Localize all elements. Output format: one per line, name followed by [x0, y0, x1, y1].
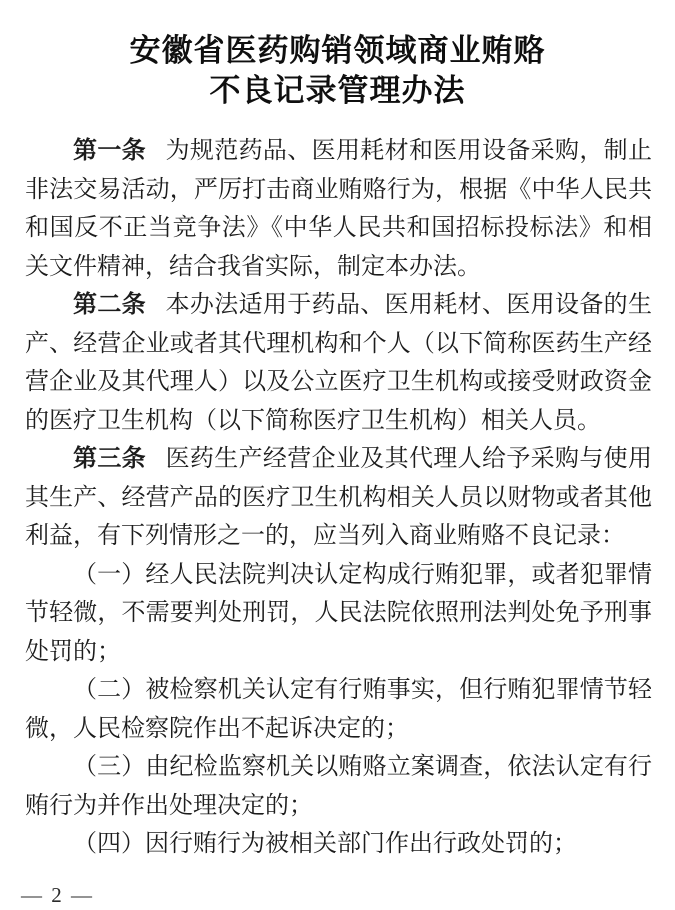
- document-title-line-2: 不良记录管理办法: [0, 71, 675, 111]
- clause-item-2-text: （二）被检察机关认定有行贿事实，但行贿犯罪情节轻微，人民检察院作出不起诉决定的；: [25, 677, 652, 742]
- clause-item-3-text: （三）由纪检监察机关以贿赂立案调查，依法认定有行贿行为并作出处理决定的；: [25, 754, 652, 819]
- article-2: 第二条 本办法适用于药品、医用耗材、医用设备的生产、经营企业或者其代理机构和个人…: [25, 286, 652, 440]
- article-2-label: 第二条: [73, 292, 146, 318]
- article-3: 第三条 医药生产经营企业及其代理人给予采购与使用其生产、经营产品的医疗卫生机构相…: [25, 440, 652, 556]
- clause-item-1: （一）经人民法院判决认定构成行贿犯罪，或者犯罪情节轻微，不需要判处刑罚，人民法院…: [25, 556, 652, 672]
- document-title-line-1: 安徽省医药购销领域商业贿赂: [0, 31, 675, 71]
- clause-item-3: （三）由纪检监察机关以贿赂立案调查，依法认定有行贿行为并作出处理决定的；: [25, 748, 652, 825]
- clause-item-2: （二）被检察机关认定有行贿事实，但行贿犯罪情节轻微，人民检察院作出不起诉决定的；: [25, 671, 652, 748]
- clause-item-4-text: （四）因行贿行为被相关部门作出行政处罚的；: [73, 831, 577, 857]
- clause-item-4: （四）因行贿行为被相关部门作出行政处罚的；: [25, 825, 652, 864]
- document-body: 第一条 为规范药品、医用耗材和医用设备采购，制止非法交易活动，严厉打击商业贿赂行…: [25, 132, 652, 864]
- article-1-label: 第一条: [73, 138, 146, 164]
- clause-item-1-text: （一）经人民法院判决认定构成行贿犯罪，或者犯罪情节轻微，不需要判处刑罚，人民法院…: [25, 562, 652, 665]
- article-3-label: 第三条: [73, 446, 146, 472]
- document-title: 安徽省医药购销领域商业贿赂 不良记录管理办法: [0, 21, 675, 111]
- page-number: — 2 —: [21, 882, 94, 908]
- article-1: 第一条 为规范药品、医用耗材和医用设备采购，制止非法交易活动，严厉打击商业贿赂行…: [25, 132, 652, 286]
- document-page: 安徽省医药购销领域商业贿赂 不良记录管理办法 第一条 为规范药品、医用耗材和医用…: [0, 0, 675, 910]
